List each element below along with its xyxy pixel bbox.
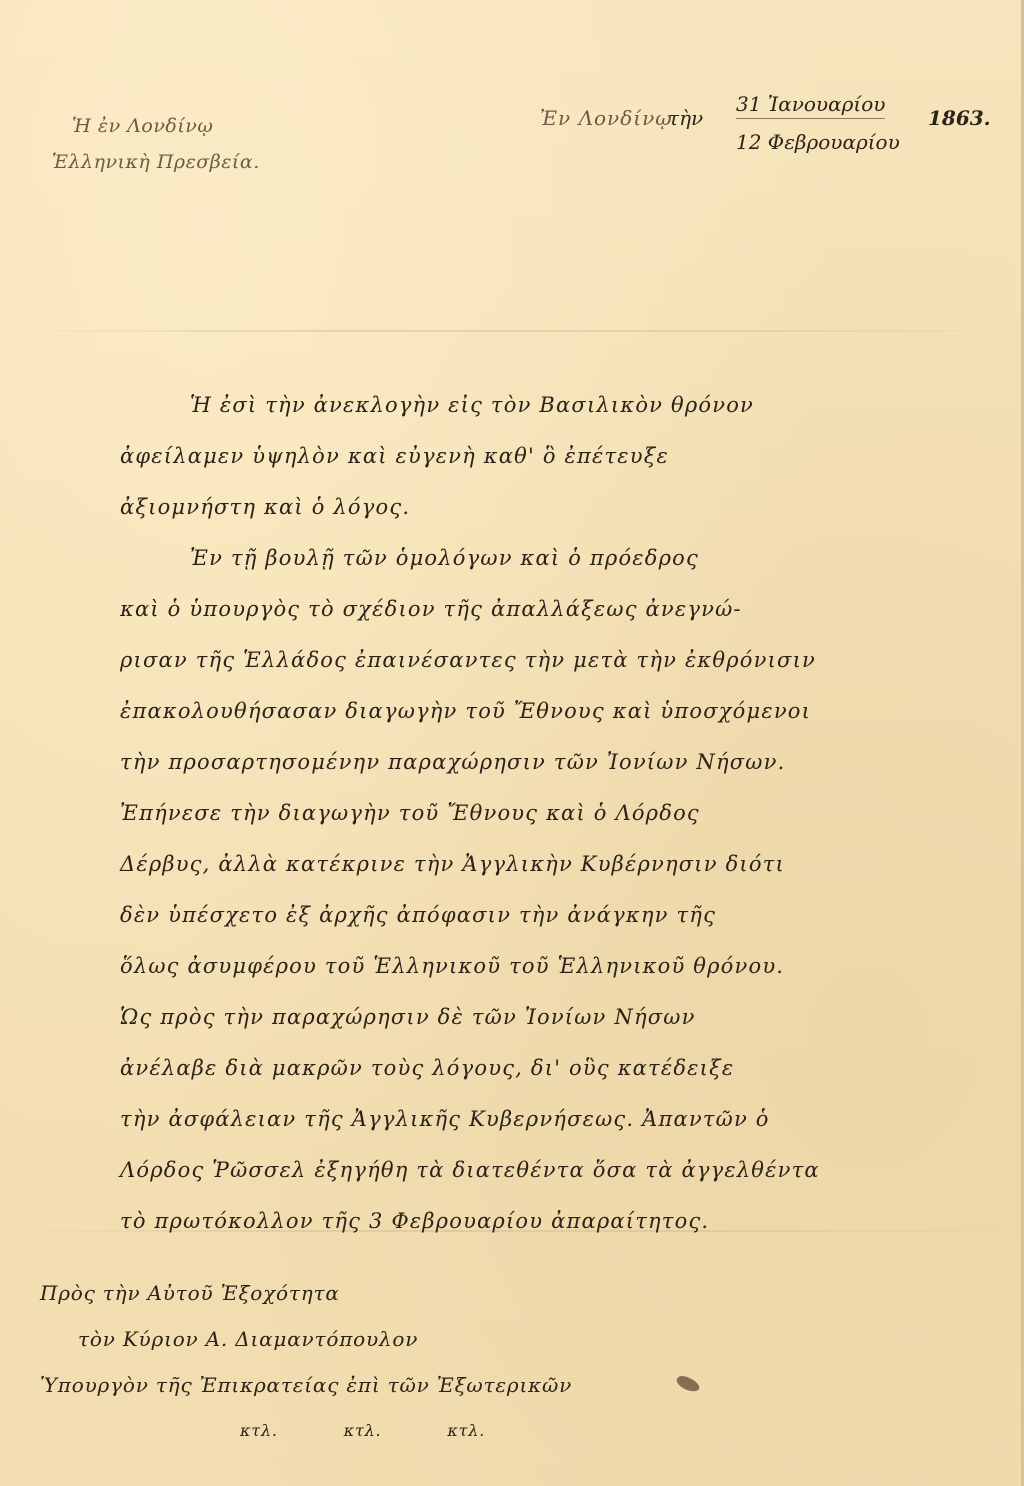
body-line: ἀξιομνήστη καὶ ὁ λόγος. — [120, 482, 1000, 533]
body-line: Δέρβυς, ἀλλὰ κατέκρινε τὴν Ἀγγλικὴν Κυβέ… — [120, 839, 1000, 890]
letterhead-line-1: Ἡ ἐν Λονδίνῳ — [52, 108, 260, 144]
body-line: ἐπακολουθήσασαν διαγωγὴν τοῦ Ἔθνους καὶ … — [120, 686, 1000, 737]
date-old-style: 31 Ἰανουαρίου — [736, 92, 885, 119]
letter-body: Ἡ ἐσὶ τὴν ἀνεκλογὴν εἰς τὸν Βασιλικὸν θρ… — [120, 380, 1000, 1247]
date-place: Ἐν Λονδίνῳ — [540, 106, 673, 130]
body-line: δὲν ὑπέσχετο ἐξ ἀρχῆς ἀπόφασιν τὴν ἀνάγκ… — [120, 890, 1000, 941]
body-line: ἀφείλαμεν ὑψηλὸν καὶ εὐγενὴ καθ' ὃ ἐπέτε… — [120, 431, 1000, 482]
etc-1: κτλ. — [240, 1421, 278, 1440]
body-line: Ὡς πρὸς τὴν παραχώρησιν δὲ τῶν Ἰονίων Νή… — [120, 992, 1000, 1043]
body-line: καὶ ὁ ὑπουργὸς τὸ σχέδιον τῆς ἀπαλλάξεως… — [120, 584, 1000, 635]
addressee-etc: κτλ. κτλ. κτλ. — [40, 1408, 572, 1454]
date-year: 1863. — [928, 106, 991, 130]
letterhead-line-2: Ἑλληνικὴ Πρεσβεία. — [52, 144, 260, 180]
body-line: τὴν ἀσφάλειαν τῆς Ἀγγλικῆς Κυβερνήσεως. … — [120, 1094, 1000, 1145]
letterhead: Ἡ ἐν Λονδίνῳ Ἑλληνικὴ Πρεσβεία. — [52, 108, 260, 180]
addressee-block: Πρὸς τὴν Αὐτοῦ Ἐξοχότητα τὸν Κύριον Α. Δ… — [40, 1270, 572, 1454]
body-line: τὴν προσαρτησομένην παραχώρησιν τῶν Ἰονί… — [120, 737, 1000, 788]
etc-2: κτλ. — [344, 1421, 382, 1440]
etc-3: κτλ. — [447, 1421, 485, 1440]
body-line: ρισαν τῆς Ἑλλάδος ἐπαινέσαντες τὴν μετὰ … — [120, 635, 1000, 686]
ink-blot — [675, 1373, 702, 1395]
addressee-title: Ὑπουργὸν τῆς Ἐπικρατείας ἐπὶ τῶν Ἐξωτερι… — [40, 1362, 572, 1408]
addressee-line-1: Πρὸς τὴν Αὐτοῦ Ἐξοχότητα — [40, 1270, 572, 1316]
date-article: τὴν — [668, 106, 703, 130]
date-new-style: 12 Φεβρουαρίου — [736, 130, 900, 154]
body-line: Ἐπήνεσε τὴν διαγωγὴν τοῦ Ἔθνους καὶ ὁ Λό… — [120, 788, 1000, 839]
body-line: Ἐν τῇ βουλῇ τῶν ὁμολόγων καὶ ὁ πρόεδρος — [120, 533, 1000, 584]
body-line: Ἡ ἐσὶ τὴν ἀνεκλογὴν εἰς τὸν Βασιλικὸν θρ… — [120, 380, 1000, 431]
addressee-name: τὸν Κύριον Α. Διαμαντόπουλον — [40, 1316, 572, 1362]
body-line: Λόρδος Ῥῶσσελ ἐξηγήθη τὰ διατεθέντα ὅσα … — [120, 1145, 1000, 1196]
body-line: ἀνέλαβε διὰ μακρῶν τοὺς λόγους, δι' οὓς … — [120, 1043, 1000, 1094]
letter-page: Ἡ ἐν Λονδίνῳ Ἑλληνικὴ Πρεσβεία. Ἐν Λονδί… — [0, 0, 1024, 1486]
body-line: τὸ πρωτόκολλον τῆς 3 Φεβρουαρίου ἀπαραίτ… — [120, 1196, 1000, 1247]
paper-fold-line — [0, 330, 1024, 332]
body-line: ὅλως ἀσυμφέρου τοῦ Ἑλληνικοῦ τοῦ Ἑλληνικ… — [120, 941, 1000, 992]
